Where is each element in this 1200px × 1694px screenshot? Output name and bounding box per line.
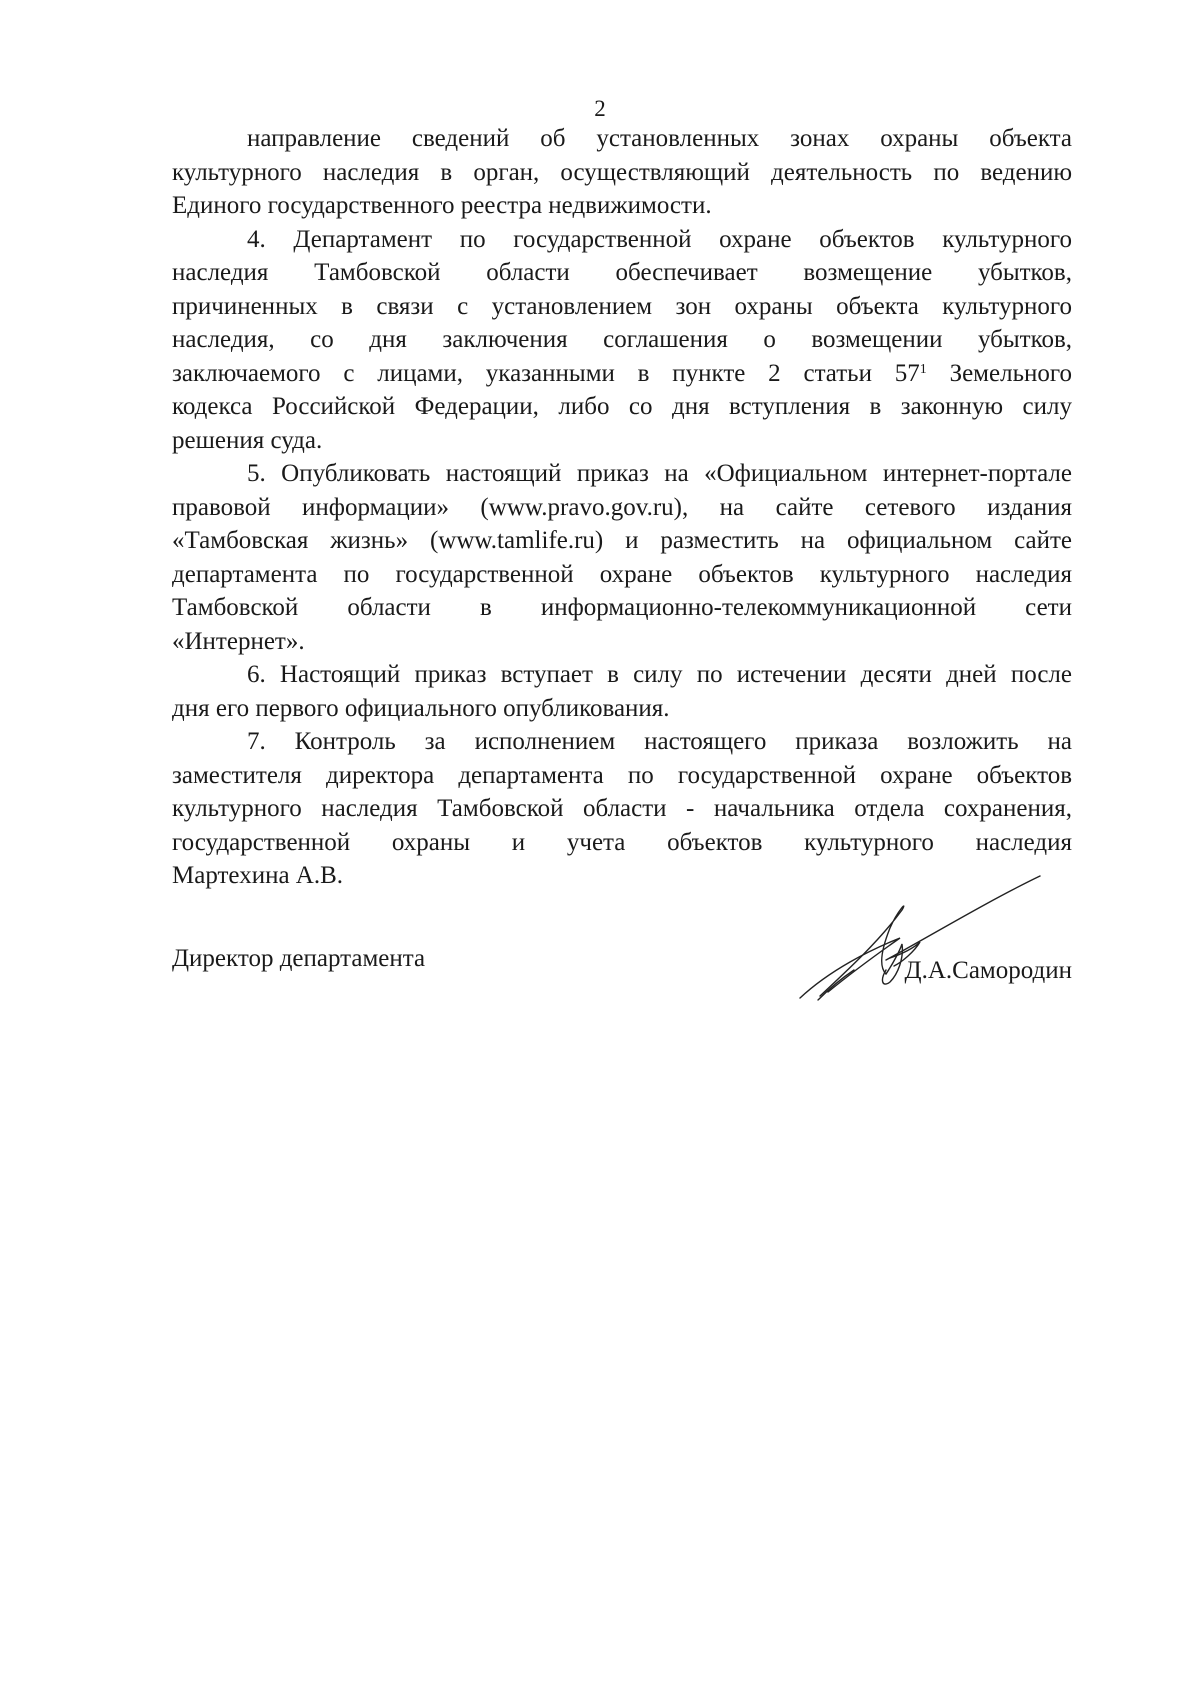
text-line: культурного наследия в орган, осуществля…: [172, 156, 1072, 190]
paragraph-item-5: 5. Опубликовать настоящий приказ на «Офи…: [172, 457, 1072, 658]
page-number: 2: [0, 96, 1200, 122]
text-line: 4. Департамент по государственной охране…: [172, 223, 1072, 257]
paragraph-item-6: 6. Настоящий приказ вступает в силу по и…: [172, 658, 1072, 725]
signer-name: Д.А.Самородин: [905, 957, 1072, 985]
text-line: культурного наследия Тамбовской области …: [172, 792, 1072, 826]
article-superscript: 1: [920, 362, 927, 377]
text-line: Тамбовской области в информационно-телек…: [172, 591, 1072, 625]
text-line: «Интернет».: [172, 625, 1072, 659]
paragraph-item-7: 7. Контроль за исполнением настоящего пр…: [172, 725, 1072, 893]
text-line: кодекса Российской Федерации, либо со дн…: [172, 390, 1072, 424]
text-line: заместителя директора департамента по го…: [172, 759, 1072, 793]
signature-block: Директор департамента Д.А.Самородин: [172, 945, 1072, 1005]
text-line-with-superscript: заключаемого с лицами, указанными в пунк…: [172, 357, 1072, 391]
text-line: причиненных в связи с установлением зон …: [172, 290, 1072, 324]
document-page: 2 направление сведений об установленных …: [0, 0, 1200, 1694]
text-line: 5. Опубликовать настоящий приказ на «Офи…: [172, 457, 1072, 491]
text-line: 7. Контроль за исполнением настоящего пр…: [172, 725, 1072, 759]
text-line: Единого государственного реестра недвижи…: [172, 189, 1072, 223]
text-line: дня его первого официального опубликован…: [172, 692, 1072, 726]
document-body: направление сведений об установленных зо…: [172, 122, 1072, 893]
text-line: наследия Тамбовской области обеспечивает…: [172, 256, 1072, 290]
text-line: направление сведений об установленных зо…: [172, 122, 1072, 156]
text-line: 6. Настоящий приказ вступает в силу по и…: [172, 658, 1072, 692]
text-line: «Тамбовская жизнь» (www.tamlife.ru) и ра…: [172, 524, 1072, 558]
text-line: правовой информации» (www.pravo.gov.ru),…: [172, 491, 1072, 525]
text-segment: Земельного: [927, 360, 1072, 387]
signer-title: Директор департамента: [172, 945, 425, 973]
text-line: департамента по государственной охране о…: [172, 558, 1072, 592]
text-line: решения суда.: [172, 424, 1072, 458]
paragraph-item-4: 4. Департамент по государственной охране…: [172, 223, 1072, 458]
text-line: наследия, со дня заключения соглашения о…: [172, 323, 1072, 357]
text-line: государственной охраны и учета объектов …: [172, 826, 1072, 860]
text-segment: заключаемого с лицами, указанными в пунк…: [172, 360, 920, 387]
paragraph-continuation: направление сведений об установленных зо…: [172, 122, 1072, 223]
